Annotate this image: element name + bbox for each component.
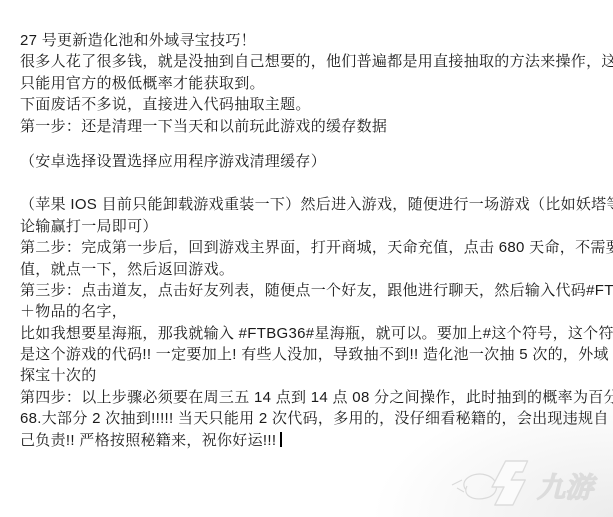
text-line: 很多人花了很多钱，就是没抽到自己想要的，他们普遍都是用直接抽取的方法来操作，这种 [20, 51, 605, 72]
text-line: 第一步：还是清理一下当天和以前玩此游戏的缓存数据 [20, 116, 605, 137]
text-line: 探宝十次的 [20, 365, 605, 386]
article-body: 27 号更新造化池和外域寻宝技巧！很多人花了很多钱，就是没抽到自己想要的，他们普… [20, 30, 605, 451]
text-line: 27 号更新造化池和外域寻宝技巧！ [20, 30, 605, 51]
text-line: （安卓选择设置选择应用程序游戏清理缓存） [20, 151, 605, 172]
text-line: 论输赢打一局即可） [20, 216, 605, 237]
text-line: 值，就点一下，然后返回游戏。 [20, 259, 605, 280]
text-line: 第二步：完成第一步后，回到游戏主界面，打开商城，天命充值，点击 680 天命，不… [20, 237, 605, 258]
jiuyou-watermark: 九游 [481, 453, 611, 515]
brand-text: 九游 [537, 472, 598, 503]
text-cursor [280, 432, 282, 447]
text-line: 下面废话不多说，直接进入代码抽取主题。 [20, 94, 605, 115]
text-line: 比如我想要星海瓶，那我就输入 #FTBG36#星海瓶，就可以。要加上#这个符号，… [20, 323, 605, 344]
text-line: （苹果 IOS 目前只能卸载游戏重装一下）然后进入游戏，随便进行一场游戏（比如妖… [20, 194, 605, 215]
text-line: ＋物品的名字， [20, 301, 605, 322]
text-line [20, 172, 605, 194]
text-line: 第三步：点击道友，点击好友列表，随便点一个好友，跟他进行聊天，然后输入代码#FT… [20, 280, 605, 301]
text-line [20, 137, 605, 151]
text-line: 己负责!! 严格按照秘籍来，祝你好运!!! [20, 430, 605, 451]
text-line: 是这个游戏的代码!! 一定要加上! 有些人没加，导致抽不到!! 造化池一次抽 5… [20, 344, 605, 365]
9game-logo-icon [489, 461, 529, 505]
text-line: 只能用官方的极低概率才能获取到。 [20, 73, 605, 94]
text-line: 第四步：以上步骤必须要在周三五 14 点到 14 点 08 分之间操作，此时抽到… [20, 387, 605, 408]
text-line: 68.大部分 2 次抽到!!!!! 当天只能用 2 次代码，多用的，没仔细看秘籍… [20, 408, 605, 429]
